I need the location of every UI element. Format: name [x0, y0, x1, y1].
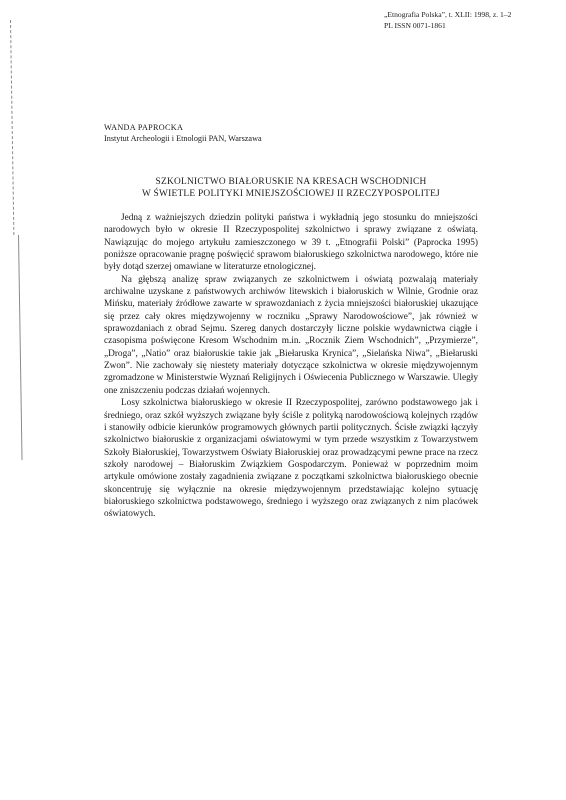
paragraph: Na głębszą analizę spraw związanych ze s…	[104, 274, 478, 397]
author-block: WANDA PAPROCKA Instytut Archeologii i Et…	[104, 122, 262, 144]
author-name: WANDA PAPROCKA	[104, 122, 262, 133]
title-line-1: SZKOLNICTWO BIAŁORUSKIE NA KRESACH WSCHO…	[104, 176, 478, 188]
journal-issn: PL ISSN 0071-1861	[384, 20, 511, 31]
author-affiliation: Instytut Archeologii i Etnologii PAN, Wa…	[104, 133, 262, 144]
journal-header: „Etnografia Polska”, t. XLII: 1998, z. 1…	[384, 9, 511, 31]
article-body: Jedną z ważniejszych dziedzin polityki p…	[104, 212, 478, 521]
paragraph: Losy szkolnictwa białoruskiego w okresie…	[104, 397, 478, 520]
scan-edge-dashed-line	[10, 20, 14, 235]
journal-citation: „Etnografia Polska”, t. XLII: 1998, z. 1…	[384, 9, 511, 20]
paragraph: Jedną z ważniejszych dziedzin polityki p…	[104, 212, 478, 274]
title-line-2: W ŚWIETLE POLITYKI MNIEJSZOŚCIOWEJ II RZ…	[104, 188, 478, 200]
scan-edge-line	[18, 235, 23, 460]
article-title: SZKOLNICTWO BIAŁORUSKIE NA KRESACH WSCHO…	[104, 176, 478, 200]
